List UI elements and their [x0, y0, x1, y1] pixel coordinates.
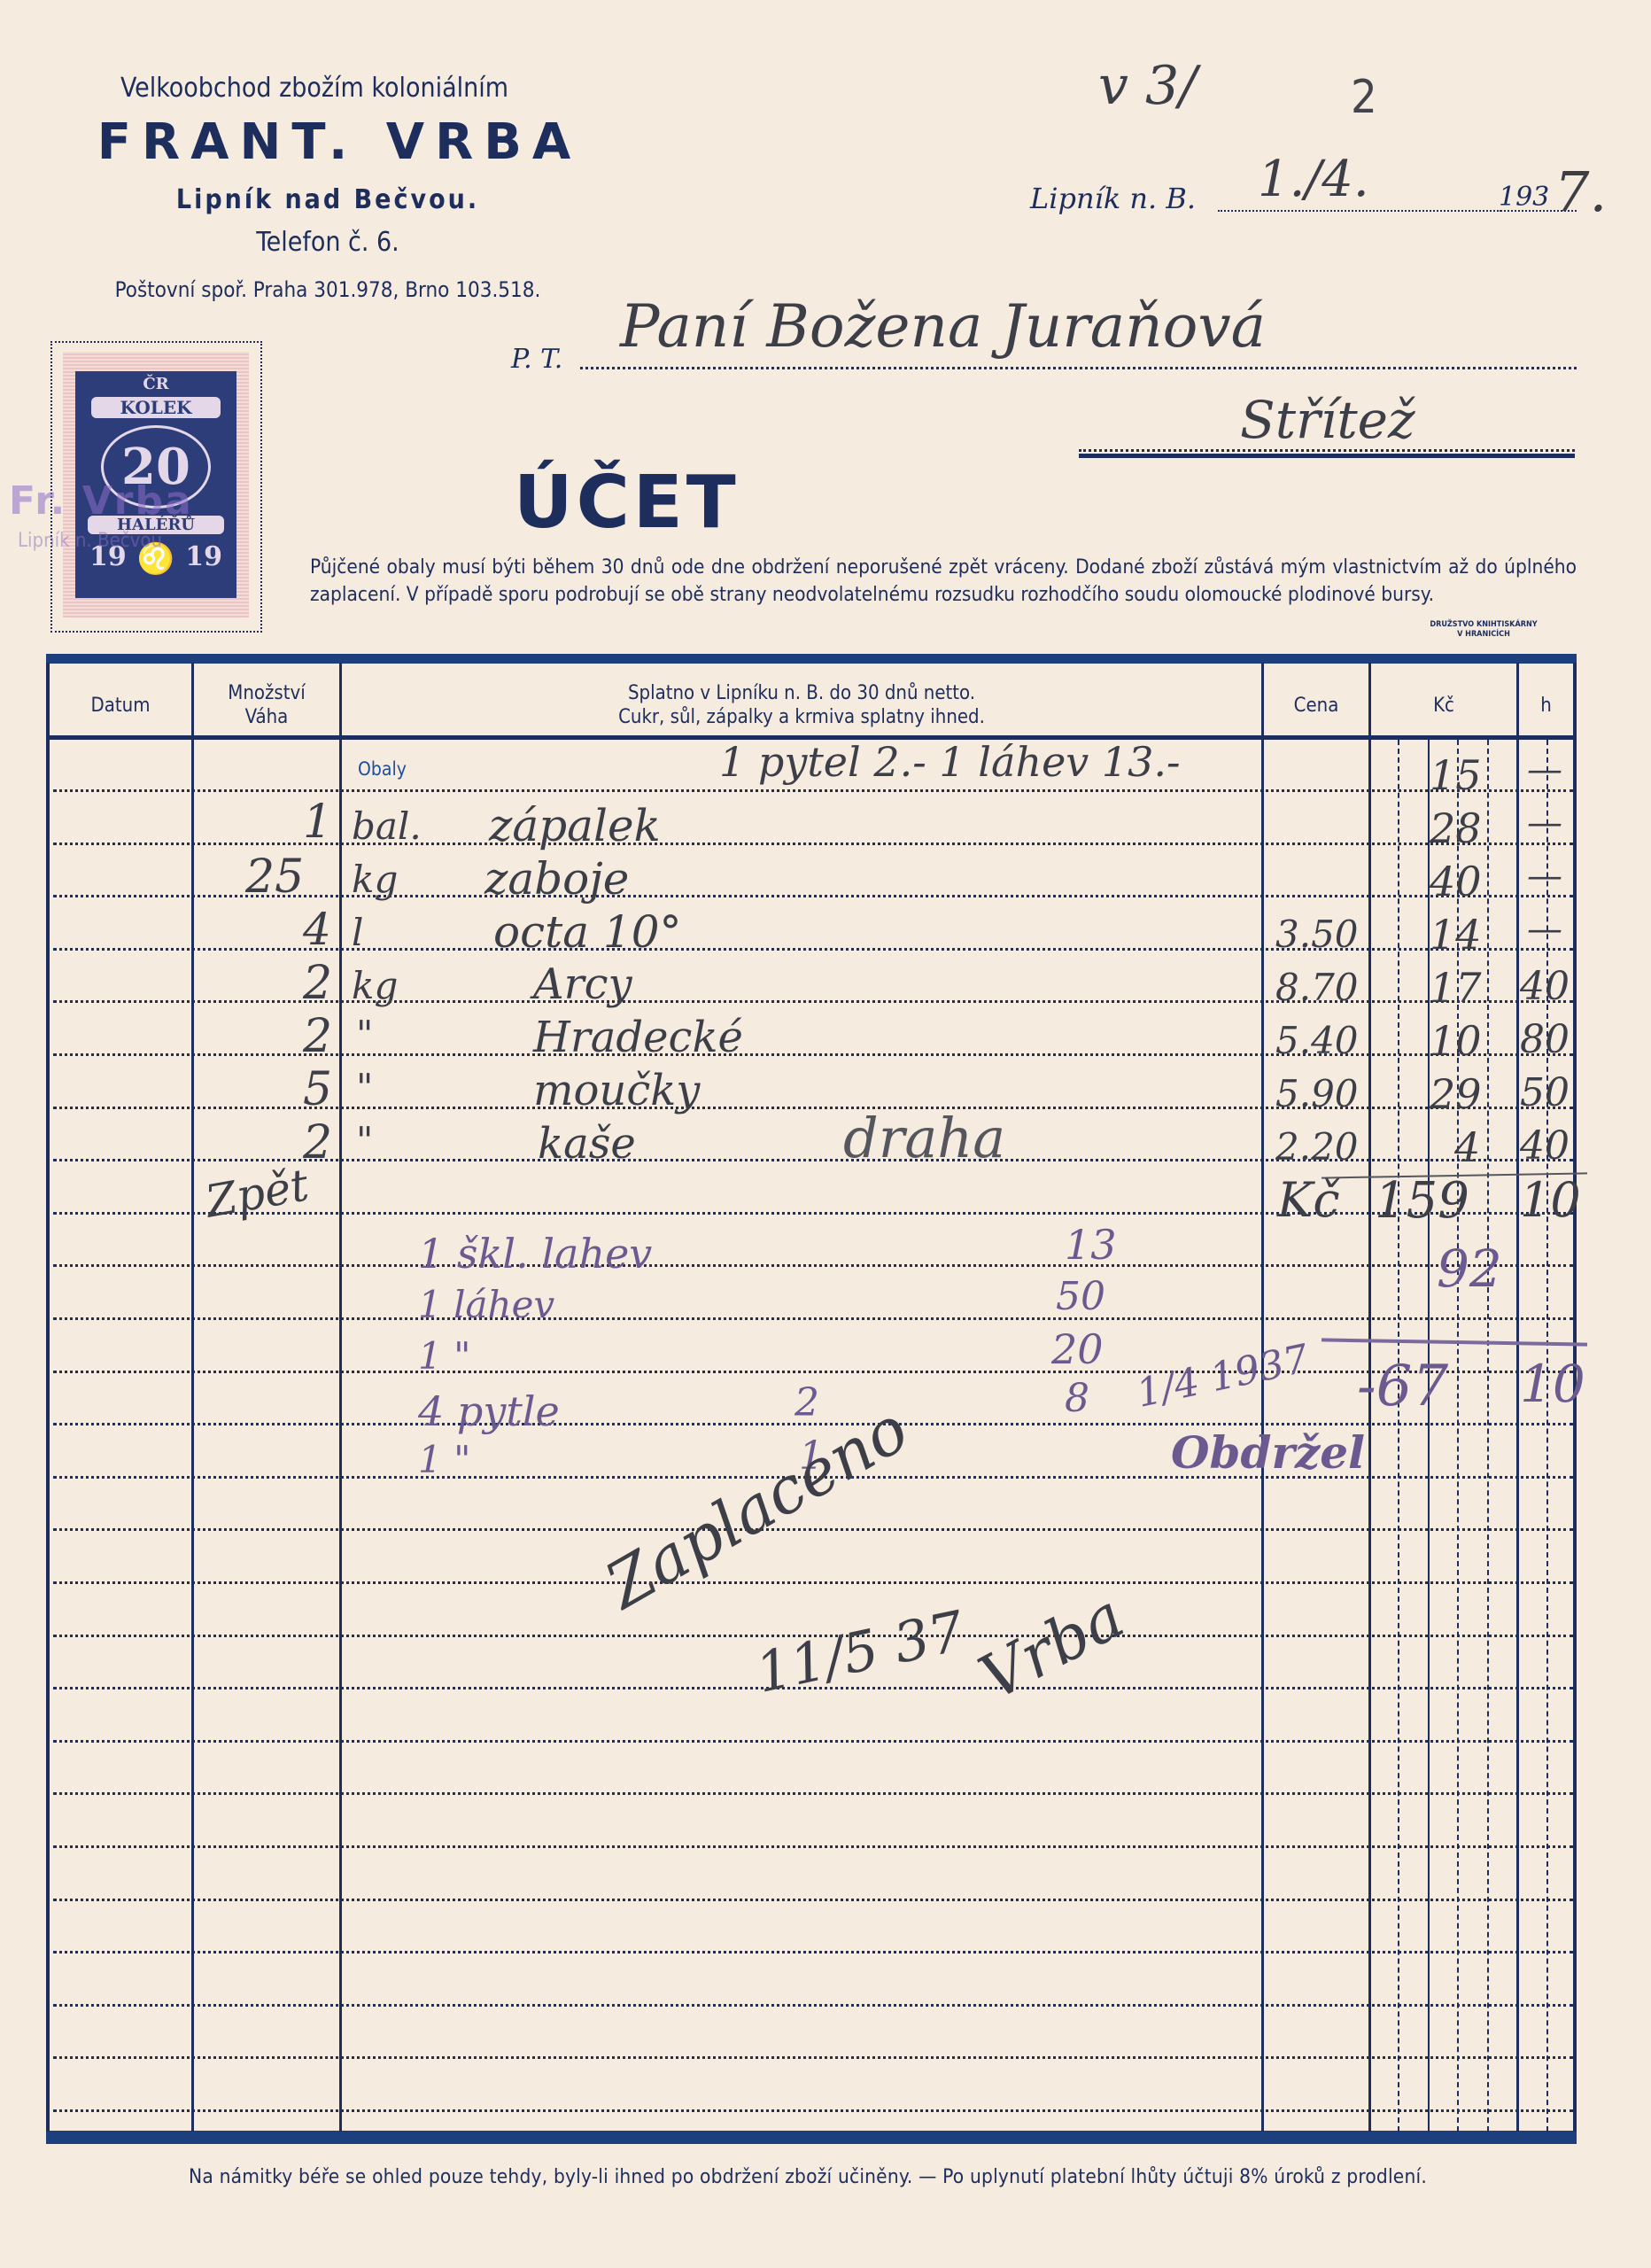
year-handwritten: 7.: [1554, 159, 1607, 224]
paid-signature: Vrba: [968, 1580, 1136, 1714]
header-h: h: [1519, 674, 1573, 736]
row-3-qty: 4: [303, 904, 331, 955]
return-line-3-value: 8: [1065, 1376, 1089, 1421]
printer-mark-line2: V HRANICÍCH: [1426, 630, 1541, 640]
table-top-bar: [46, 654, 1577, 664]
date-handwritten: 1./4.: [1258, 151, 1369, 208]
row-6-item: moučky: [533, 1066, 700, 1115]
stamp-cr: ČR: [75, 375, 236, 393]
header-kc: Kč: [1371, 674, 1516, 736]
row-line: [53, 1371, 1573, 1373]
row-2-h: —: [1527, 856, 1562, 897]
col-line-left: [46, 663, 50, 2132]
year-prefix: 193: [1499, 182, 1549, 213]
recipient-dotted-line: [580, 367, 1577, 369]
city-dotted-line: [1079, 449, 1575, 452]
row-1-qty: 1: [303, 796, 332, 849]
row-7-unit: ": [356, 1119, 373, 1162]
row-3-item: octa 10°: [493, 906, 682, 958]
recipient-city: Střítež: [1240, 390, 1415, 450]
recipient-name: Paní Božena Juraňová: [620, 292, 1266, 361]
company-rubber-stamp: Fr. Vrba: [9, 478, 193, 524]
row-line: [53, 789, 1573, 792]
return-line-2-text: 1 ": [418, 1334, 470, 1378]
row-6-unit: ": [356, 1066, 373, 1109]
stamp-year-right: 19: [185, 541, 222, 577]
row-1-item: zápalek: [489, 800, 661, 851]
return-date: 1/4 1937: [1133, 1336, 1313, 1417]
printer-mark: DRUŽSTVO KNIHTISKÁRNY V HRANICÍCH: [1426, 620, 1541, 640]
received-word: Obdržel: [1171, 1426, 1365, 1479]
row-1-kc: 28: [1430, 804, 1482, 852]
header-datum: Datum: [50, 674, 191, 736]
row-5-kc: 10: [1430, 1017, 1482, 1065]
row-7-cena: 2.20: [1275, 1125, 1359, 1169]
header-mnozstvi: Množství Váha: [194, 674, 339, 736]
header-desc-line1: Splatno v Lipníku n. B. do 30 dnů netto.: [628, 681, 975, 705]
table-bottom-bar: [46, 2131, 1577, 2144]
row-5-h: 80: [1520, 1017, 1570, 1062]
row-line: [53, 1581, 1573, 1584]
row-6-qty: 5: [303, 1063, 332, 1116]
row-line: [53, 1317, 1573, 1320]
row-2-qty: 25: [245, 850, 304, 904]
row-line: [53, 1528, 1573, 1531]
row-line: [53, 1264, 1573, 1267]
city-solid-line: [1079, 454, 1575, 458]
header-cena: Cena: [1264, 674, 1368, 736]
return-line-1-text: 1 láhev: [418, 1283, 554, 1326]
obaly-label: Obaly: [358, 758, 407, 780]
header-mnozstvi-line2: Váha: [245, 705, 289, 729]
postal-savings: Poštovní spoř. Praha 301.978, Brno 103.5…: [62, 277, 593, 302]
row-6-h: 50: [1520, 1070, 1570, 1115]
return-line-1-value: 50: [1056, 1274, 1105, 1319]
col-line-kc: [1516, 663, 1519, 2132]
row-4-item: Arcy: [533, 959, 632, 1009]
return-line-3-qty: 2: [794, 1380, 819, 1425]
row-line: [53, 2109, 1573, 2112]
row-line: [53, 1740, 1573, 1743]
company-tagline: Velkoobchod zbožím koloniálním: [106, 73, 523, 104]
row-7-h: 40: [1520, 1123, 1570, 1169]
row-line: [53, 1792, 1573, 1795]
place-label: Lipník n. B.: [1030, 182, 1196, 215]
document-title: ÚČET: [514, 461, 740, 545]
return-balance-kc: -67: [1357, 1354, 1448, 1419]
row-1-unit: bal.: [352, 804, 422, 848]
row-7-qty: 2: [303, 1116, 332, 1169]
date-dotted-line: [1218, 210, 1501, 212]
paid-note: Zaplaceno: [593, 1391, 920, 1623]
return-line-3-text: 4 pytle: [418, 1387, 560, 1435]
row-line: [53, 1899, 1573, 1901]
row-2-item: zaboje: [484, 853, 629, 905]
row-3-cena: 3.50: [1275, 913, 1359, 956]
col-line-desc: [1261, 663, 1264, 2132]
reference-handwritten: v 3/: [1098, 55, 1197, 117]
row-7-note: draha: [843, 1106, 1005, 1170]
invoice-paper: Velkoobchod zbožím koloniálním FRANT. VR…: [0, 0, 1651, 2268]
header-desc-line2: Cukr, sůl, zápalky a krmiva splatny ihne…: [618, 705, 985, 729]
return-subtotal-kc: 92: [1437, 1239, 1502, 1299]
total-label: Kč: [1277, 1172, 1340, 1228]
invoice-table: Datum Množství Váha Splatno v Lipníku n.…: [46, 654, 1577, 2151]
company-phone: Telefon č. 6.: [177, 227, 478, 258]
return-line-4-text: 1 ": [418, 1438, 470, 1481]
row-3-h: —: [1527, 909, 1562, 950]
return-line-0-text: 1 škl. lahev: [418, 1230, 652, 1278]
header-description: Splatno v Lipníku n. B. do 30 dnů netto.…: [342, 674, 1261, 736]
printer-mark-line1: DRUŽSTVO KNIHTISKÁRNY: [1426, 620, 1541, 630]
company-city: Lipník nad Bečvou.: [142, 184, 514, 215]
obaly-note: 1 pytel 2.- 1 láhev 13.-: [719, 738, 1181, 786]
header-mnozstvi-line1: Množství: [228, 681, 305, 705]
row-line: [53, 1951, 1573, 1953]
terms-text: Půjčené obaly musí býti během 30 dnů ode…: [310, 554, 1577, 609]
row-6-kc: 29: [1430, 1070, 1482, 1118]
row-3-unit: l: [352, 911, 363, 954]
return-line-0-value: 13: [1065, 1221, 1117, 1269]
row-2-kc: 40: [1430, 858, 1482, 905]
row-line: [53, 1845, 1573, 1848]
row-line: [53, 843, 1573, 845]
row-6-cena: 5.90: [1275, 1072, 1359, 1115]
row-5-item: Hradecké: [533, 1013, 743, 1062]
recipient-prefix: P. T.: [511, 344, 562, 375]
return-balance-h: 10: [1520, 1354, 1585, 1414]
footer-note: Na námitky béře se ohled pouze tehdy, by…: [37, 2165, 1578, 2188]
total-h: 10: [1520, 1172, 1581, 1228]
row-5-unit: ": [356, 1013, 373, 1056]
return-line-2-value: 20: [1051, 1325, 1104, 1373]
col-line-datum: [191, 663, 194, 2132]
row-4-qty: 2: [303, 957, 332, 1010]
row-7-item: kaše: [538, 1119, 636, 1169]
stamp-kolek: KOLEK: [91, 397, 221, 418]
row-line: [53, 2056, 1573, 2059]
row-3-kc: 14: [1430, 911, 1482, 959]
row-4-unit: kg: [352, 964, 398, 1007]
row-4-cena: 8.70: [1275, 966, 1359, 1009]
reference-number: 2: [1351, 71, 1377, 124]
total-kc: 159: [1375, 1172, 1469, 1230]
row-line: [53, 2004, 1573, 2007]
row-4-h: 40: [1520, 964, 1570, 1009]
row-0-kc: 15: [1430, 751, 1482, 799]
row-1-h: —: [1527, 803, 1562, 843]
row-4-kc: 17: [1430, 964, 1482, 1012]
col-line-mnozstvi: [339, 663, 342, 2132]
row-5-cena: 5.40: [1275, 1019, 1359, 1062]
row-0-h: —: [1527, 750, 1562, 790]
return-label: Zpět: [202, 1159, 313, 1227]
company-name: FRANT. VRBA: [51, 113, 627, 171]
row-5-qty: 2: [303, 1010, 332, 1063]
row-2-unit: kg: [352, 858, 398, 901]
row-7-kc: 4: [1454, 1123, 1480, 1171]
company-rubber-stamp-sub: Lipník n. Bečvou: [18, 530, 162, 552]
